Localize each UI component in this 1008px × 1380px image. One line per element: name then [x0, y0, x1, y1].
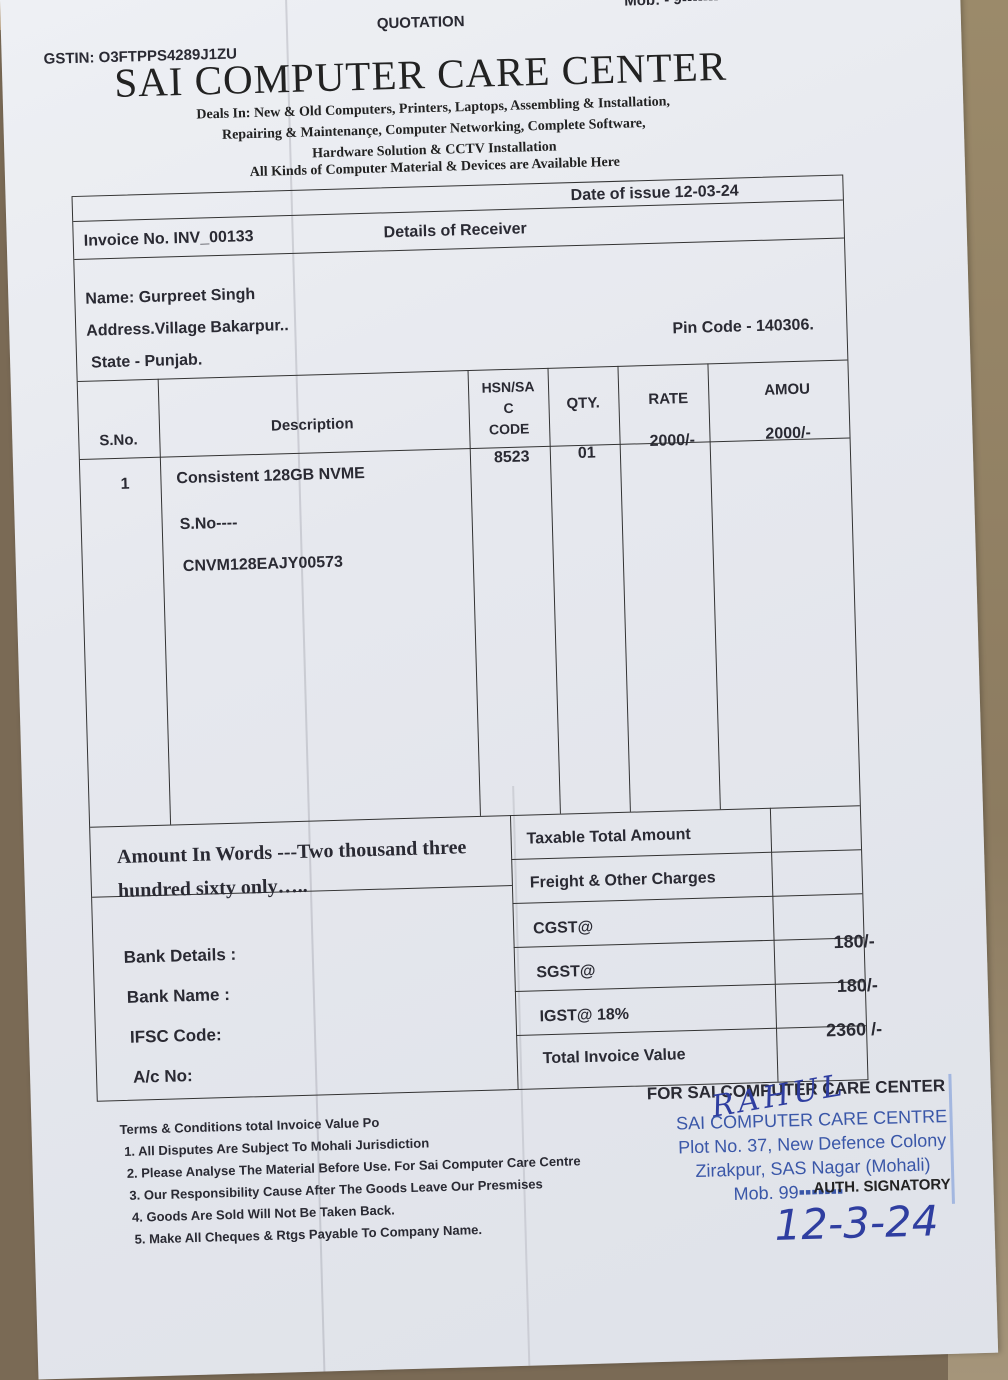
receiver-address: Address.Village Bakarpur..: [86, 317, 289, 341]
header-hsn: HSN/SA C CODE: [470, 376, 548, 441]
divider: [547, 368, 560, 814]
date-of-issue: Date of issue 12-03-24: [570, 182, 739, 205]
divider: [515, 981, 865, 992]
header-hsn-line: HSN/SA: [470, 376, 547, 399]
divider: [80, 437, 850, 459]
divider: [770, 808, 779, 1082]
divider: [73, 200, 843, 222]
header-description: Description: [271, 415, 354, 434]
invoice-number: Invoice No. INV_00133: [84, 228, 254, 251]
header-hsn-line: C: [470, 397, 547, 420]
divider: [707, 363, 720, 809]
invoice-paper: GSTIN: O3FTPPS4289J1ZU QUOTATION Mob: - …: [0, 0, 998, 1379]
total-invoice-value: 2360 /-: [826, 1019, 883, 1042]
row-amount: 2000/-: [765, 425, 811, 444]
igst-label: IGST@ 18%: [539, 1006, 629, 1026]
header-sno: S.No.: [99, 431, 138, 449]
row-hsn: 8523: [494, 448, 530, 467]
taxable-total-label: Taxable Total Amount: [526, 826, 691, 849]
freight-label: Freight & Other Charges: [530, 869, 716, 892]
header-amount: AMOU: [764, 381, 810, 399]
bank-name-label: Bank Name :: [127, 985, 231, 1008]
divider: [511, 849, 861, 860]
igst-value: 180/-: [837, 975, 879, 997]
receiver-pin: Pin Code - 140306.: [672, 316, 814, 338]
divider: [158, 379, 171, 825]
row-sno: 1: [120, 476, 129, 494]
row-description: Consistent 128GB NVME: [176, 465, 365, 488]
total-invoice-label: Total Invoice Value: [543, 1046, 686, 1068]
header-rate: RATE: [648, 390, 688, 408]
divider: [514, 937, 864, 948]
row-serial-number: CNVM128EAJY00573: [183, 554, 344, 576]
account-number-label: A/c No:: [133, 1066, 193, 1088]
terms-and-conditions: Terms & Conditions total Invoice Value P…: [119, 1106, 582, 1251]
divider: [90, 805, 860, 827]
mobile-number: Mob: - 9▪▪▪▪-▪▪▪▪▪: [624, 0, 735, 10]
bank-details-label: Bank Details :: [124, 945, 237, 968]
receiver-state: State - Punjab.: [91, 351, 203, 372]
divider: [617, 366, 630, 812]
invoice-box: Date of issue 12-03-24 Invoice No. INV_0…: [72, 175, 869, 1102]
sgst-value: 180/-: [833, 931, 875, 953]
handwritten-date: 12-3-24: [774, 1196, 939, 1250]
row-rate: 2000/-: [649, 432, 695, 451]
cgst-label: CGST@: [533, 919, 594, 939]
receiver-name: Name: Gurpreet Singh: [85, 286, 255, 309]
amount-in-words: Amount In Words ---Two thousand three hu…: [117, 830, 468, 908]
header-qty: QTY.: [566, 394, 600, 412]
sgst-label: SGST@: [536, 963, 596, 983]
row-serial-label: S.No----: [179, 515, 237, 535]
divider: [510, 815, 519, 1089]
ifsc-label: IFSC Code:: [130, 1025, 222, 1048]
document-type: QUOTATION: [377, 13, 465, 32]
divider: [516, 1025, 866, 1036]
receiver-heading: Details of Receiver: [383, 220, 527, 242]
divider: [512, 893, 862, 904]
header-hsn-line: CODE: [471, 418, 548, 441]
row-qty: 01: [578, 445, 596, 463]
